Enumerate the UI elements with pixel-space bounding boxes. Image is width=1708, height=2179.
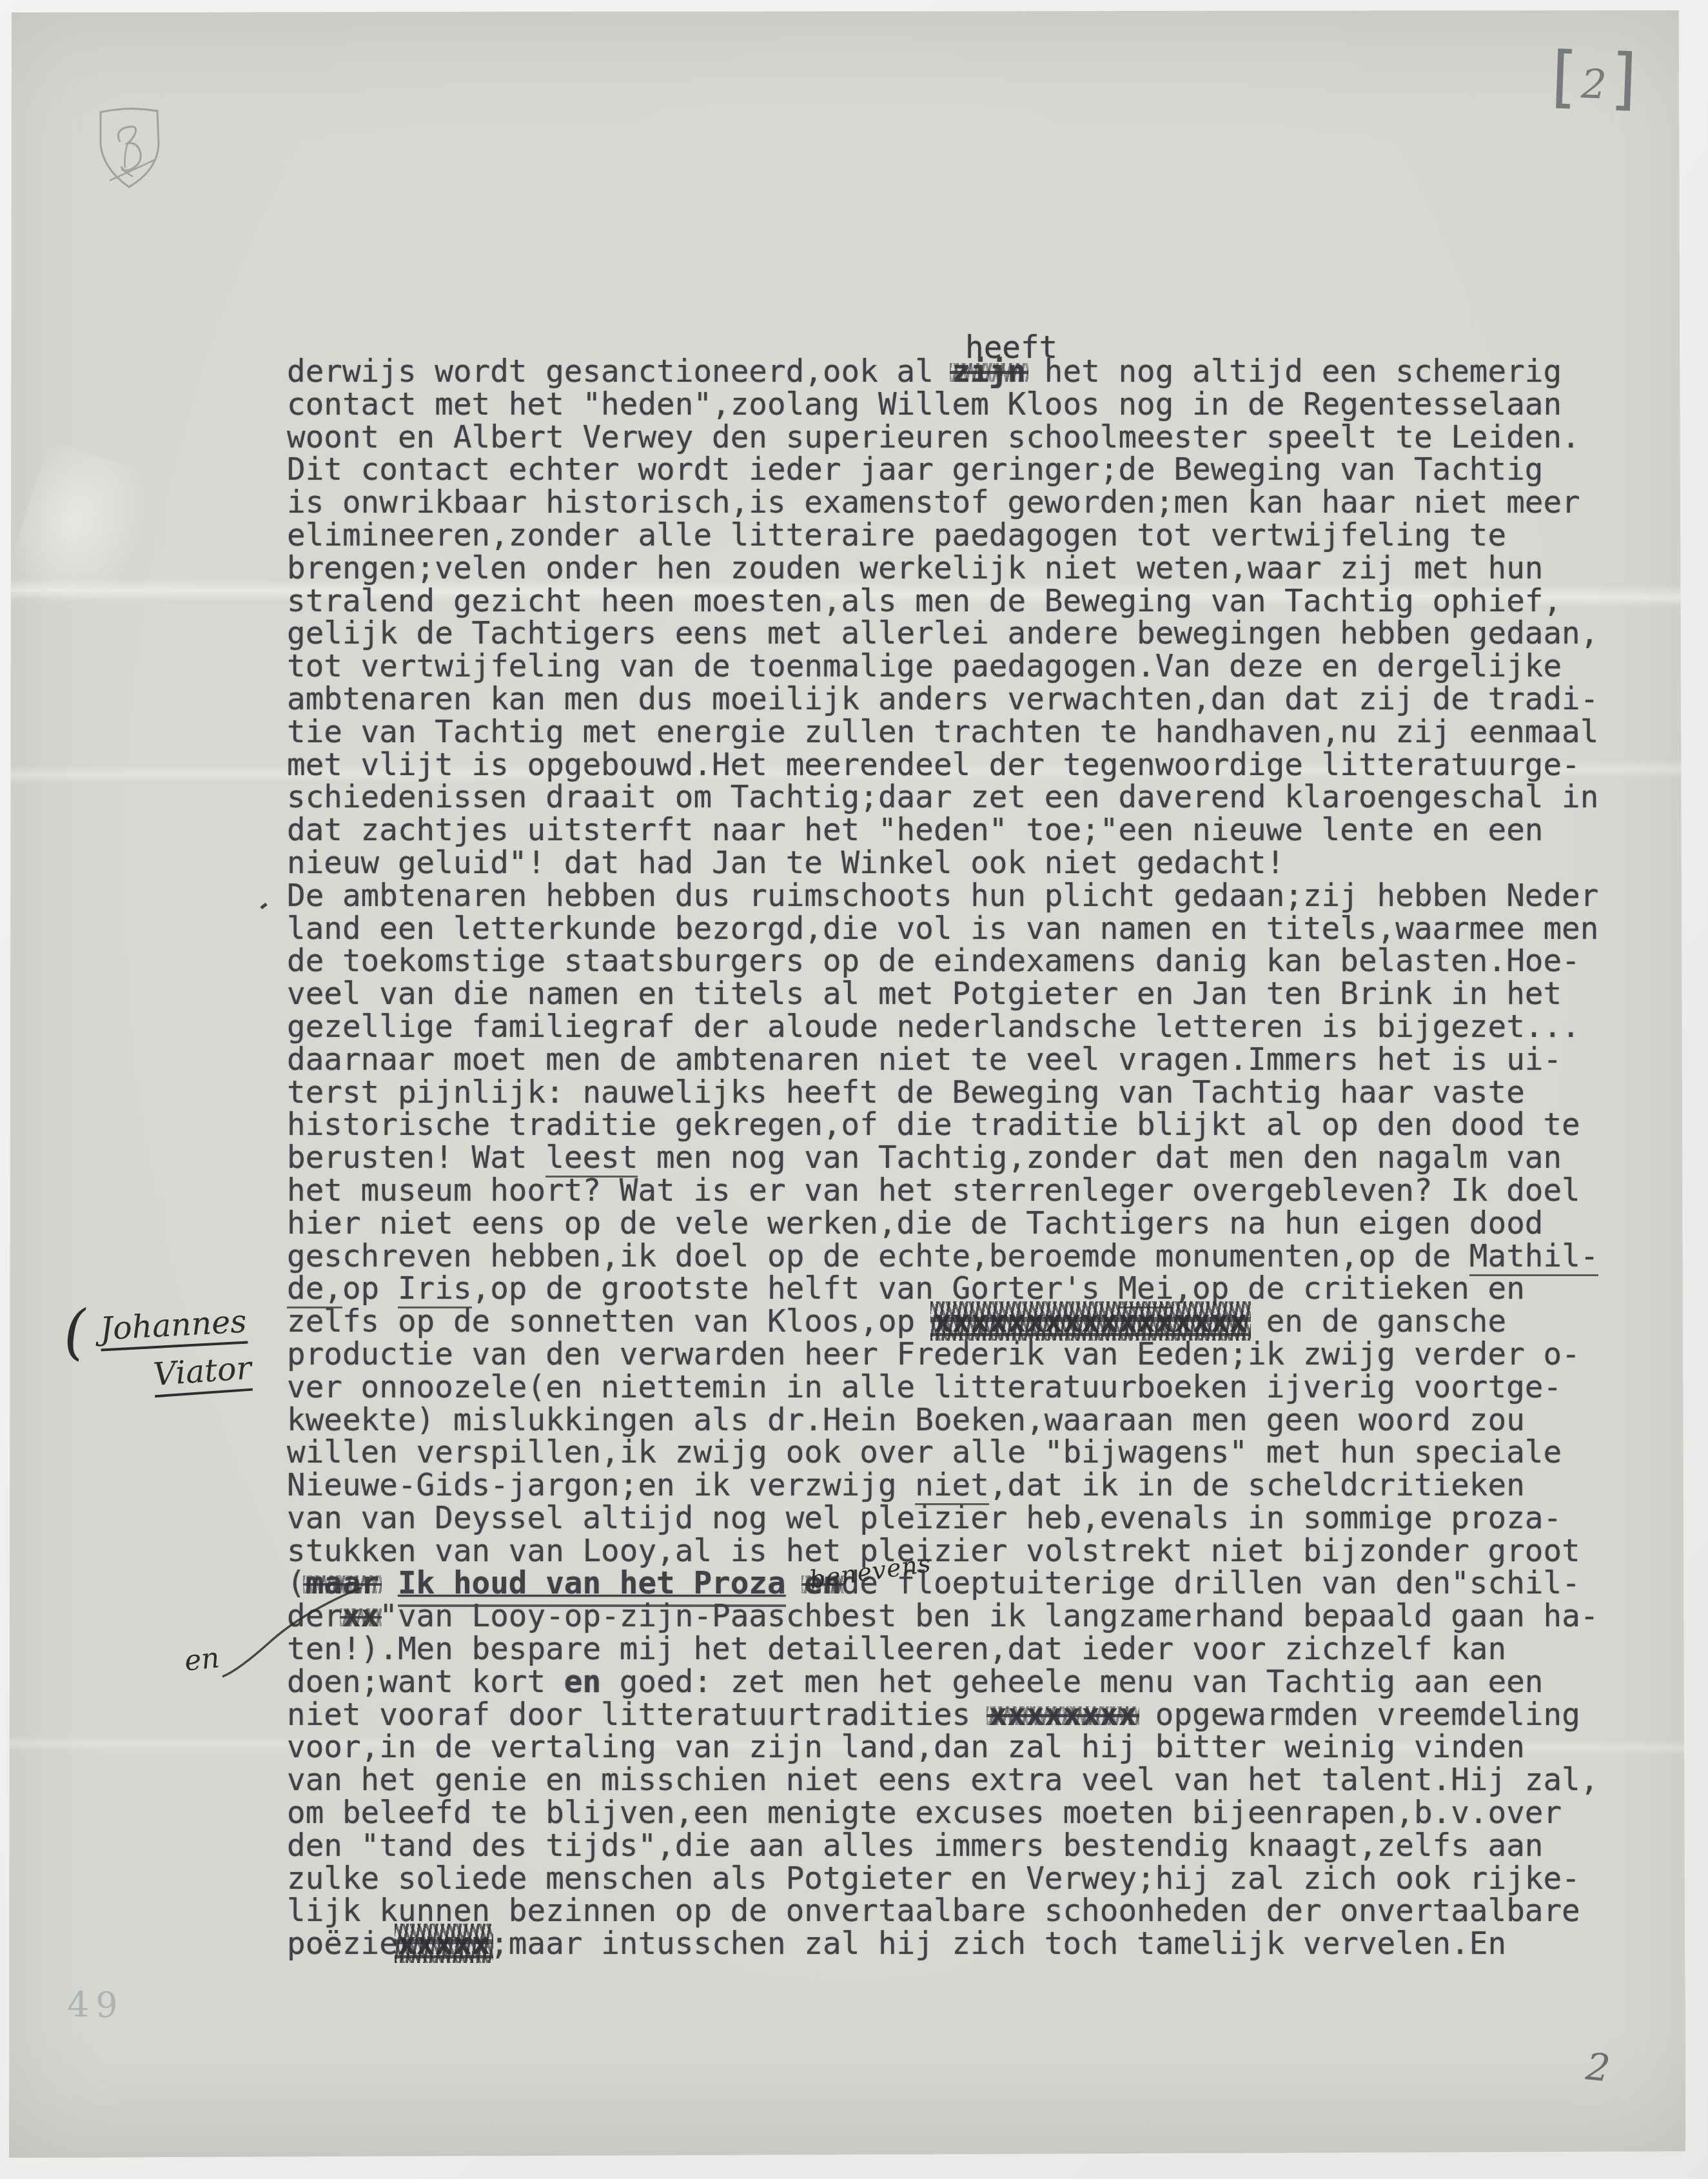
typed-line: veel van die namen en titels al met Potg… xyxy=(287,978,1598,1011)
typed-line: zelfs op de sonnetten van Kloos,op xxxxx… xyxy=(287,1306,1598,1339)
typed-line: niet vooraf door litteratuurtradities xx… xyxy=(287,1699,1598,1732)
page-number-bottom: 2 xyxy=(1584,2044,1613,2090)
bracket-left: [ xyxy=(1550,43,1578,110)
typed-line: nieuw geluid"! dat had Jan te Winkel ook… xyxy=(287,847,1598,880)
typed-line: berusten! Wat leest men nog van Tachtig,… xyxy=(287,1142,1598,1175)
typed-line: om beleefd te blijven,een menigte excuse… xyxy=(287,1797,1598,1830)
margin-note-paren: ( xyxy=(61,1297,92,1367)
typed-line: geschreven hebben,ik doel op de echte,be… xyxy=(287,1241,1598,1274)
page-number-top: [ 2 ] xyxy=(1550,43,1638,113)
typed-line: dat zachtjes uitsterft naar het "heden" … xyxy=(287,814,1598,847)
typed-line: stralend gezicht heen moesten,als men de… xyxy=(287,586,1598,618)
typed-line: De ambtenaren hebben dus ruimschoots hun… xyxy=(287,880,1598,913)
typed-line: land een letterkunde bezorgd,die vol is … xyxy=(287,913,1598,946)
typed-line: doen;want kort en goed: zet men het gehe… xyxy=(287,1666,1598,1699)
typed-line: voor,in de vertaling van zijn land,dan z… xyxy=(287,1731,1598,1764)
typed-line: terst pijnlijk: nauwelijks heeft de Bewe… xyxy=(287,1077,1598,1110)
typed-line: tot vertwijfeling van de toenmalige paed… xyxy=(287,651,1598,684)
typed-line: derwijs wordt gesanctioneerd,ook al zijn… xyxy=(287,356,1598,389)
margin-insert-en: en xyxy=(182,1641,221,1677)
typed-line: poëziexxxxx;maar intusschen zal hij zich… xyxy=(287,1928,1598,1961)
typed-line: de toekomstige staatsburgers op de einde… xyxy=(287,945,1598,978)
typed-line: Dit contact echter wordt ieder jaar geri… xyxy=(287,454,1598,487)
typed-text: derwijs wordt gesanctioneerd,ook al zijn… xyxy=(287,356,1598,1961)
typed-line: den "tand des tijds",die aan alles immer… xyxy=(287,1830,1598,1863)
typed-line: willen verspillen,ik zwijg ook over alle… xyxy=(287,1437,1598,1470)
typed-line: van van Deyssel altijd nog wel pleizier … xyxy=(287,1503,1598,1535)
typed-line: gezellige familiegraf der aloude nederla… xyxy=(287,1011,1598,1044)
archive-number: 49 xyxy=(67,1985,124,2026)
typed-line: stukken van van Looy,al is het pleizier … xyxy=(287,1535,1598,1568)
typed-line: het museum hoort? Wat is er van het ster… xyxy=(287,1175,1598,1208)
typed-line: Nieuwe-Gids-jargon;en ik verzwijg niet,d… xyxy=(287,1470,1598,1503)
typed-line: ver onnoozele(en niettemin in alle litte… xyxy=(287,1372,1598,1405)
typed-line: schiedenissen draait om Tachtig;daar zet… xyxy=(287,782,1598,814)
typed-line: woont en Albert Verwey den superieuren s… xyxy=(287,422,1598,455)
typed-line: zulke soliede menschen als Potgieter en … xyxy=(287,1863,1598,1896)
typed-line: van het genie en misschien niet eens ext… xyxy=(287,1764,1598,1797)
typed-line: elimineeren,zonder alle litteraire paeda… xyxy=(287,520,1598,553)
typed-line: historische traditie gekregen,of die tra… xyxy=(287,1109,1598,1142)
bracket-right: ] xyxy=(1609,44,1638,112)
scanned-page: [ 2 ] heeft derwijs wordt gesanctioneerd… xyxy=(0,0,1708,2179)
typed-line: daarnaar moet men de ambtenaren niet te … xyxy=(287,1044,1598,1077)
typed-line: productie van den verwarden heer Frederi… xyxy=(287,1339,1598,1372)
typed-line: ten!).Men bespare mij het detailleeren,d… xyxy=(287,1633,1598,1666)
margin-note-johannes-text: Johannes xyxy=(99,1303,248,1352)
typed-line: brengen;velen onder hen zouden werkelijk… xyxy=(287,553,1598,586)
typed-line: met vlijt is opgebouwd.Het meerendeel de… xyxy=(287,749,1598,782)
typed-line: is onwrikbaar historisch,is examenstof g… xyxy=(287,487,1598,520)
typed-line: ambtenaren kan men dus moeilijk anders v… xyxy=(287,684,1598,716)
typed-line: gelijk de Tachtigers eens met allerlei a… xyxy=(287,618,1598,651)
typed-line: hier niet eens op de vele werken,die de … xyxy=(287,1208,1598,1241)
margin-note-viator: Viator xyxy=(152,1350,253,1397)
page-number-top-value: 2 xyxy=(1580,60,1607,108)
paper-wrinkle xyxy=(0,440,166,638)
typed-line: contact met het "heden",zoolang Willem K… xyxy=(287,389,1598,422)
typed-line: tie van Tachtig met energie zullen trach… xyxy=(287,716,1598,749)
typed-line: derxx"van Looy-op-zijn-Paaschbest ben ik… xyxy=(287,1601,1598,1633)
typed-line: (maar Ik houd van het Proza ende floeptu… xyxy=(287,1568,1598,1601)
shield-with-bird-stamp-icon xyxy=(95,104,166,195)
typed-line: kweekte) mislukkingen als dr.Hein Boeken… xyxy=(287,1405,1598,1437)
